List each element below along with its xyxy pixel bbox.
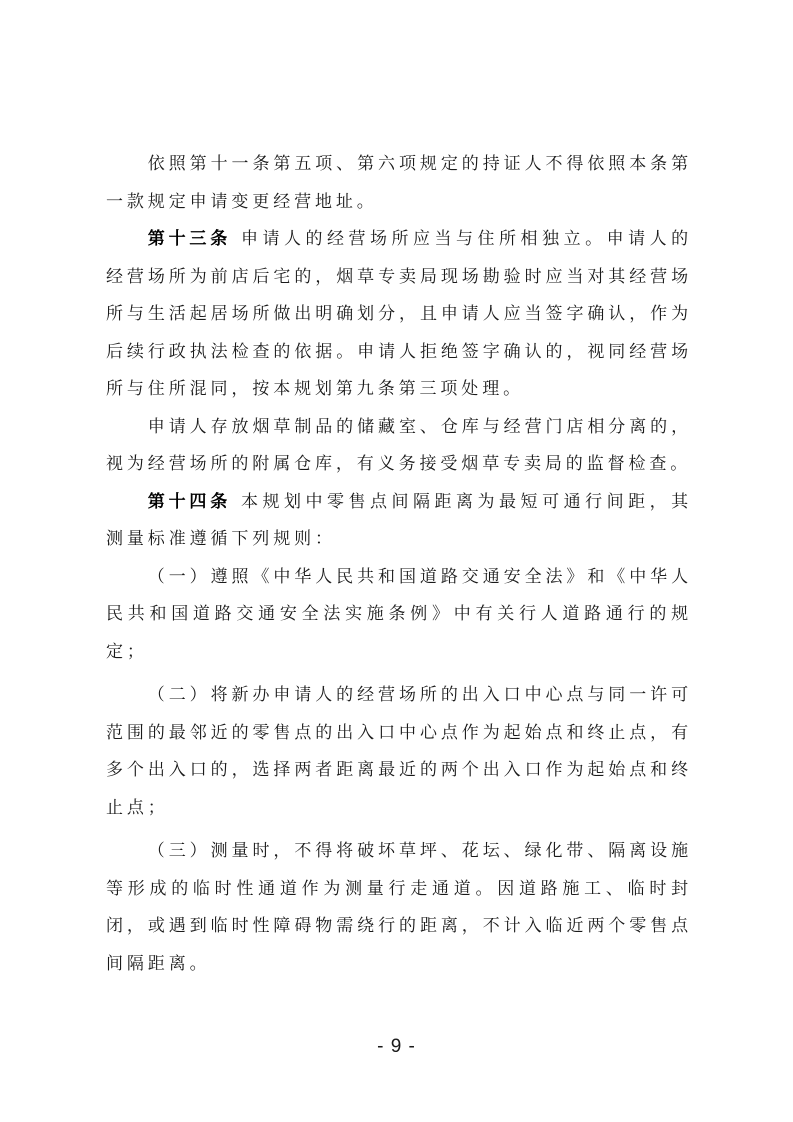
paragraph-address-change-restriction: 依照第十一条第五项、第六项规定的持证人不得依照本条第一款规定申请变更经营地址。 [106,146,692,221]
document-body: 依照第十一条第五项、第六项规定的持证人不得依照本条第一款规定申请变更经营地址。 … [106,146,692,983]
paragraph-rule-2: （二）将新办申请人的经营场所的出入口中心点与同一许可范围的最邻近的零售点的出入口… [106,677,692,827]
page-number: - 9 - [0,1036,793,1058]
article-heading: 第十三条 [148,229,231,249]
paragraph-article-13: 第十三条申请人的经营场所应当与住所相独立。申请人的经营场所为前店后宅的，烟草专卖… [106,221,692,409]
paragraph-rule-1: （一）遵照《中华人民共和国道路交通安全法》和《中华人民共和国道路交通安全法实施条… [106,559,692,672]
paragraph-text: （一）遵照《中华人民共和国道路交通安全法》和《中华人民共和国道路交通安全法实施条… [106,567,692,662]
paragraph-storage-warehouse: 申请人存放烟草制品的储藏室、仓库与经营门店相分离的，视为经营场所的附属仓库，有义… [106,409,692,484]
paragraph-text: （二）将新办申请人的经营场所的出入口中心点与同一许可范围的最邻近的零售点的出入口… [106,685,692,818]
paragraph-article-14: 第十四条本规划中零售点间隔距离为最短可通行间距，其测量标准遵循下列规则： [106,484,692,559]
paragraph-text: 申请人存放烟草制品的储藏室、仓库与经营门店相分离的，视为经营场所的附属仓库，有义… [106,417,692,475]
paragraph-text: （三）测量时，不得将破坏草坪、花坛、绿化带、隔离设施等形成的临时性通道作为测量行… [106,841,692,974]
paragraph-rule-3: （三）测量时，不得将破坏草坪、花坛、绿化带、隔离设施等形成的临时性通道作为测量行… [106,833,692,983]
paragraph-text: 依照第十一条第五项、第六项规定的持证人不得依照本条第一款规定申请变更经营地址。 [106,154,692,212]
article-heading: 第十四条 [148,492,231,512]
document-page: 依照第十一条第五项、第六项规定的持证人不得依照本条第一款规定申请变更经营地址。 … [0,0,793,1122]
paragraph-text: 申请人的经营场所应当与住所相独立。申请人的经营场所为前店后宅的，烟草专卖局现场勘… [106,229,692,399]
